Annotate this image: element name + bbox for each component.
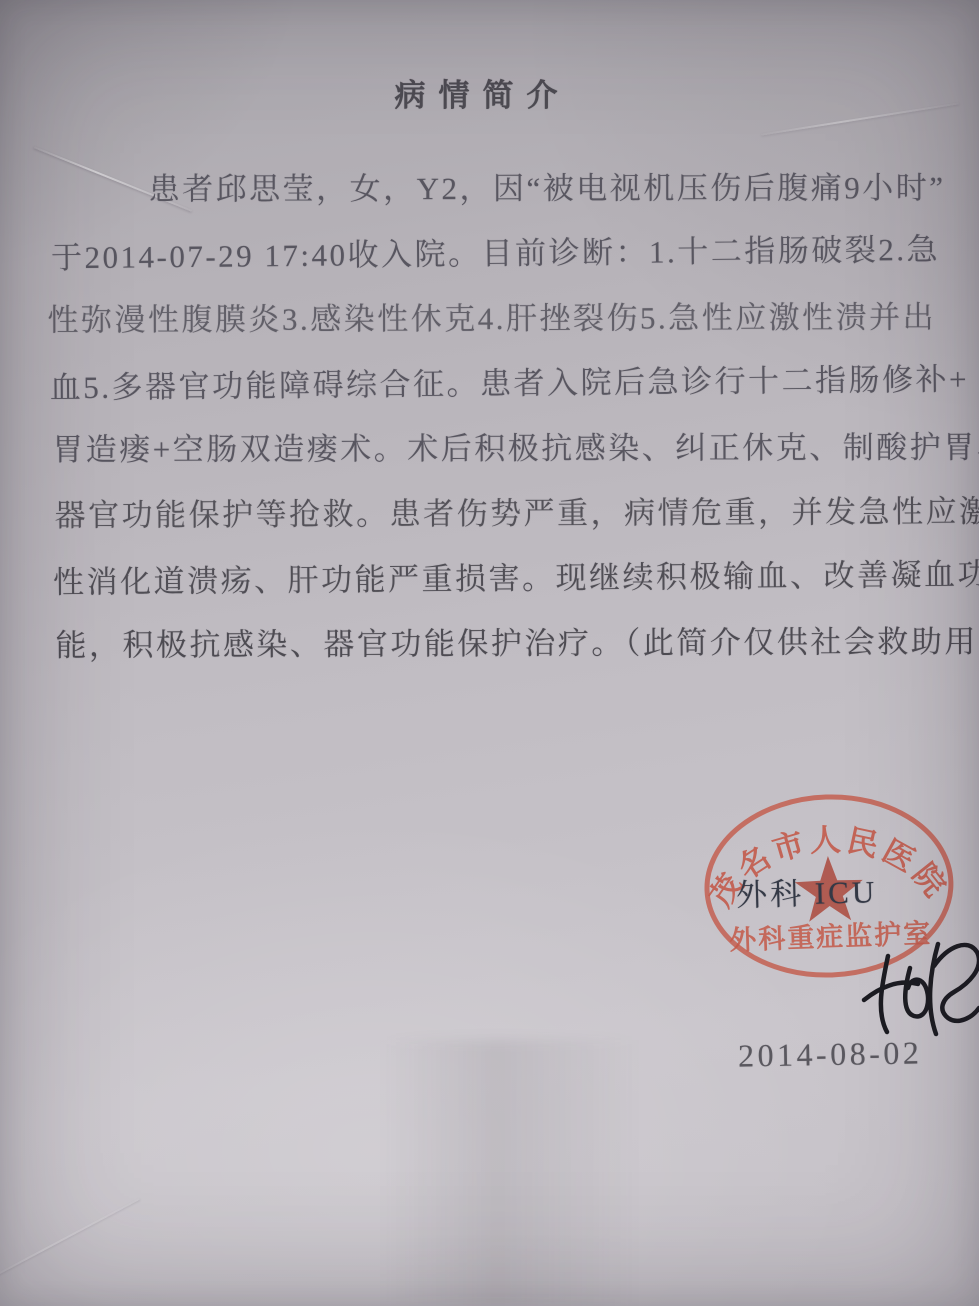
signature [852, 926, 979, 1046]
paper-crease [0, 1198, 140, 1284]
document-date: 2014-08-02 [738, 1034, 923, 1074]
text-line: 能，积极抗感染、器官功能保护治疗。（此简介仅供社会救助用） [55, 609, 941, 678]
text-line: 性消化道溃疡、肝功能严重损害。现继续积极输血、改善凝血功 [53, 542, 940, 615]
text-line: 胃造瘘+空肠双造瘘术。术后积极抗感染、纠正休克、制酸护胃、 [52, 415, 938, 482]
body-paragraph: 患者邱思莹，女，Y2，因“被电视机压伤后腹痛9小时” 于2014-07-29 1… [56, 153, 945, 678]
photographed-document: 病情简介 患者邱思莹，女，Y2，因“被电视机压伤后腹痛9小时” 于2014-07… [0, 0, 979, 1306]
text-line: 器官功能保护等抢救。患者伤势严重，病情危重，并发急性应激 [54, 479, 940, 548]
paper-shadow [380, 1040, 640, 1306]
text-line: 血5.多器官功能障碍综合征。患者入院后急诊行十二指肠修补+ [50, 347, 937, 421]
text-line: 于2014-07-29 17:40收入院。目前诊断：1.十二指肠破裂2.急 [51, 217, 938, 291]
signature-scribble [864, 944, 979, 1034]
text-line: 性弥漫性腹膜炎3.感染性休克4.肝挫裂伤5.急性应激性溃并出 [47, 284, 933, 352]
page-title: 病情简介 [0, 70, 965, 115]
text-line: 患者邱思莹，女，Y2，因“被电视机压伤后腹痛9小时” [57, 155, 943, 222]
stamp-overlay-label: 外科 ICU [735, 866, 877, 915]
